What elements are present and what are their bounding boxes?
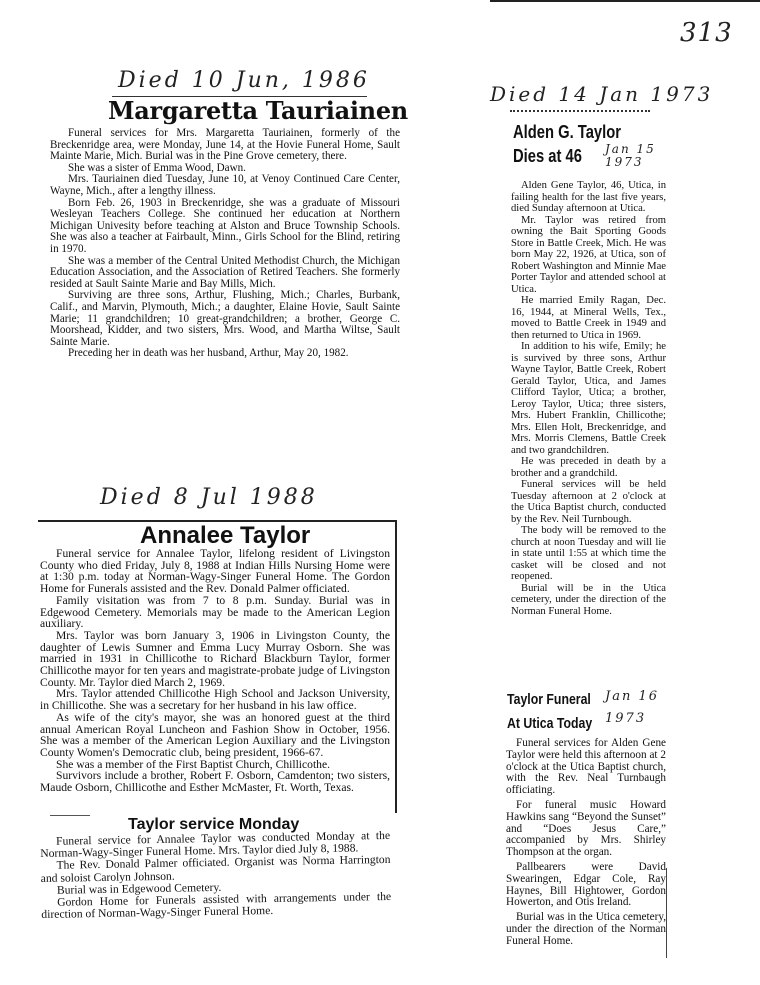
paragraph: Funeral services for Mrs. Margaretta Tau… <box>50 128 400 163</box>
paragraph: Alden Gene Taylor, 46, Utica, in failing… <box>511 180 666 215</box>
handwritten-page-number: 313 <box>680 18 733 48</box>
article-body: Funeral services for Alden Gene Taylor w… <box>506 738 666 951</box>
paragraph: Gordon Home for Funerals assisted with a… <box>41 891 391 922</box>
headline: Taylor Funeral At Utica Today <box>507 688 592 736</box>
paragraph: Pallbearers were David Swearingen, Edgar… <box>506 862 666 909</box>
paragraph: Surviving are three sons, Arthur, Flushi… <box>50 290 400 348</box>
paragraph: Survivors include a brother, Robert F. O… <box>40 770 390 793</box>
paragraph: He married Emily Ragan, Dec. 16, 1944, a… <box>511 295 666 341</box>
handwritten-death-date: Died 8 Jul 1988 <box>100 485 318 510</box>
headline: Margaretta Tauriainen <box>108 96 408 125</box>
handwritten-death-date: Died 14 Jan 1973 <box>490 82 713 106</box>
handwritten-note: Jan 15 1973 <box>605 143 665 169</box>
paragraph: He was preceded in death by a brother an… <box>511 456 666 479</box>
headline-line: Taylor Funeral <box>507 688 592 712</box>
article-body: Funeral service for Annalee Taylor, life… <box>40 548 390 794</box>
paragraph: Funeral services will be held Tuesday af… <box>511 479 666 525</box>
paragraph: Burial was in the Utica cemetery, under … <box>506 912 666 947</box>
paragraph: Born Feb. 26, 1903 in Breckenridge, she … <box>50 198 400 256</box>
headline: Annalee Taylor <box>140 522 310 550</box>
headline-line: At Utica Today <box>507 712 592 736</box>
paragraph: For funeral music Howard Hawkins sang “B… <box>506 800 666 859</box>
paragraph: Funeral service for Annalee Taylor, life… <box>40 548 390 595</box>
paragraph: Mrs. Taylor was born January 3, 1906 in … <box>40 630 390 689</box>
divider-line <box>50 815 90 816</box>
paragraph: Preceding her in death was her husband, … <box>50 348 400 360</box>
paragraph: Burial will be in the Utica cemetery, un… <box>511 583 666 618</box>
handwritten-death-date: Died 10 Jun, 1986 <box>118 68 370 93</box>
paragraph: Mrs. Taylor attended Chillicothe High Sc… <box>40 688 390 711</box>
paragraph: She was a member of the Central United M… <box>50 256 400 291</box>
article-body: Alden Gene Taylor, 46, Utica, in failing… <box>511 180 666 617</box>
column-rule <box>666 868 667 958</box>
handwritten-note: Jan 16 1973 <box>605 686 665 730</box>
divider-line <box>510 110 650 112</box>
paragraph: Family visitation was from 7 to 8 p.m. S… <box>40 595 390 630</box>
article-body: Funeral service for Annalee Taylor was c… <box>40 830 391 922</box>
paragraph: As wife of the city's mayor, she was an … <box>40 712 390 759</box>
paragraph: Funeral services for Alden Gene Taylor w… <box>506 738 666 797</box>
clipping-edge-line <box>490 0 760 2</box>
paragraph: In addition to his wife, Emily; he is su… <box>511 341 666 456</box>
headline-line: Alden G. Taylor <box>513 120 621 144</box>
paragraph: Mrs. Tauriainen died Tuesday, June 10, a… <box>50 174 400 197</box>
paragraph: The body will be removed to the church a… <box>511 525 666 583</box>
paragraph: Mr. Taylor was retired from owning the B… <box>511 215 666 296</box>
article-body: Funeral services for Mrs. Margaretta Tau… <box>50 128 400 360</box>
